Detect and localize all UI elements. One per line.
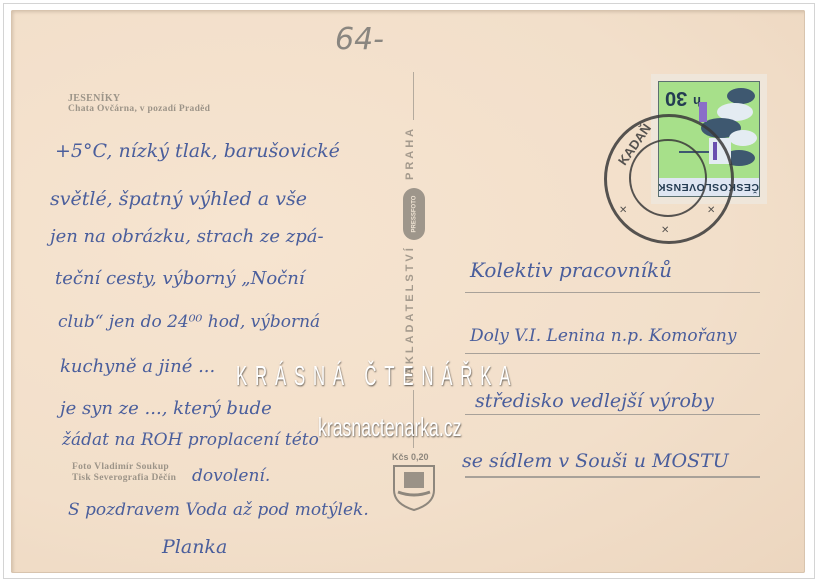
caption-subtitle: Chata Ovčárna, v pozadí Praděd (68, 104, 210, 114)
address-rule (465, 353, 760, 354)
address-rule (465, 292, 760, 293)
publisher-city: PRAHA (404, 126, 416, 180)
divider-line (413, 72, 414, 120)
watermark-title: KRÁSNÁ ČTENÁŘKA (236, 360, 518, 392)
message-line: jen na obrázku, strach ze zpá- (50, 226, 324, 247)
message-line: žádat na ROH proplacení této (62, 430, 319, 450)
message-line: club“ jen do 24⁰⁰ hod, výborná (58, 312, 320, 332)
address-rule (465, 476, 760, 478)
caption-title: JESENÍKY (68, 93, 120, 104)
address-rule (465, 414, 760, 415)
address-line: Doly V.I. Lenina n.p. Komořany (470, 326, 736, 346)
message-line: je syn ze ..., který bude (60, 398, 272, 419)
message-line: kuchyně a jiné ... (60, 356, 215, 377)
message-line: světlé, špatný výhled a vše (50, 188, 307, 210)
tax-stamp: Kčs 0,20 (384, 452, 444, 514)
postmark: KADAŇ ✕ ✕ ✕ (604, 114, 734, 244)
signature: Planka (162, 536, 227, 558)
address-line: se sídlem v Souši u MOSTU (462, 450, 729, 472)
message-line: teční cesty, výborný „Noční (55, 268, 305, 289)
photo-credit: Foto Vladimír Soukup (72, 462, 169, 472)
shield-icon (384, 452, 444, 514)
message-line: +5°C, nízký tlak, barušovické (55, 140, 340, 162)
pencil-note: 64- (335, 22, 384, 57)
message-line: dovolení. (192, 466, 270, 486)
address-line: středisko vedlejší výroby (475, 390, 714, 412)
greeting: S pozdravem Voda až pod motýlek. (68, 500, 369, 520)
print-credit: Tisk Severografia Děčín (72, 473, 176, 483)
address-line: Kolektiv pracovníků (470, 258, 672, 282)
pressfoto-logo: PRESSFOTO (403, 188, 425, 240)
watermark-url: krasnactenarka.cz (318, 412, 461, 443)
